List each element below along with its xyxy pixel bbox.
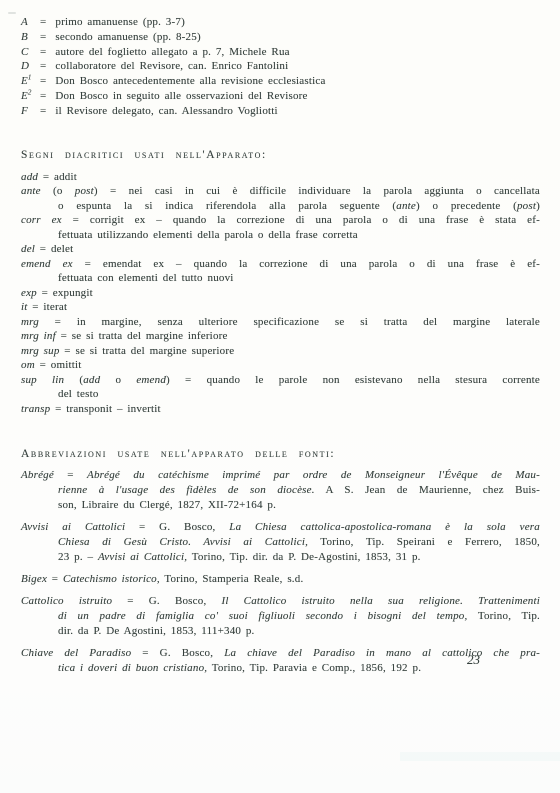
roman-text: = emendat ex – quando la correzione di u…: [73, 258, 540, 270]
roman-text: = G. Bosco,: [125, 521, 229, 533]
roman-text: = in margine, senza ulteriore specificaz…: [39, 316, 540, 328]
equals-sign: =: [40, 15, 46, 30]
diacritic-entry: exp = expungit: [21, 286, 540, 301]
diacritic-entry: mrg = in margine, senza ulteriore specif…: [21, 315, 540, 330]
italic-text: mrg: [21, 316, 39, 328]
italic-text: mrg sup: [21, 345, 60, 357]
diacritic-entry: om = omittit: [21, 358, 540, 373]
roman-text: = omittit: [35, 359, 82, 371]
abbreviation-entry: Bigex = Catechismo istorico, Torino, Sta…: [21, 572, 540, 587]
abbreviation-entry-line: rienne à l'usage des fidèles de son dioc…: [21, 483, 540, 498]
italic-text: post: [517, 200, 536, 212]
italic-text: di un padre di famiglia co' suoi figliuo…: [58, 610, 467, 622]
roman-text: = addit: [38, 171, 77, 183]
diacritic-entry-line: exp = expungit: [21, 286, 540, 301]
sigla-definition: autore del foglietto allegato a p. 7, Mi…: [55, 46, 289, 58]
diacritic-entry: corr ex = corrigit ex – quando la correz…: [21, 213, 540, 242]
abbreviation-entry: Abrégé = Abrégé du catéchisme imprimé pa…: [21, 468, 540, 513]
abbreviations-list: Abrégé = Abrégé du catéchisme imprimé pa…: [21, 468, 540, 676]
italic-text: Il Cattolico istruito nella sua religion…: [221, 595, 540, 607]
sigla-term: E2: [21, 89, 40, 104]
roman-text: 23 p. –: [58, 551, 98, 563]
italic-text: exp: [21, 287, 37, 299]
roman-text: = transponit – invertit: [50, 403, 160, 415]
diacritic-entry: sup lin (add o emend) = quando le parole…: [21, 373, 540, 402]
abbreviation-entry-line: Abrégé = Abrégé du catéchisme imprimé pa…: [21, 468, 540, 483]
sigla-term: B: [21, 30, 40, 45]
diacritic-entry-line: o espunta la si indica riferendola alla …: [21, 199, 540, 214]
diacritic-entry: add = addit: [21, 170, 540, 185]
italic-text: post: [75, 185, 94, 197]
abbreviation-entry: Chiave del Paradiso = G. Bosco, La chiav…: [21, 646, 540, 676]
italic-text: add: [21, 171, 38, 183]
italic-text: mrg inf: [21, 330, 56, 342]
abbreviation-entry-line: Cattolico istruito = G. Bosco, Il Cattol…: [21, 594, 540, 609]
italic-text: Cattolico istruito: [21, 595, 112, 607]
abbreviation-entry-line: Chiave del Paradiso = G. Bosco, La chiav…: [21, 646, 540, 661]
page-number: 23: [467, 652, 480, 668]
italic-text: tica i doveri di buon cristiano,: [58, 662, 207, 674]
roman-text: (o: [41, 185, 75, 197]
abbreviation-entry-line: tica i doveri di buon cristiano, Torino,…: [21, 661, 540, 676]
abbreviation-entry-line: 23 p. – Avvisi ai Cattolici, Torino, Tip…: [21, 550, 540, 565]
scan-artifact-dash: [8, 12, 16, 14]
roman-text: o: [100, 374, 136, 386]
book-page: A=primo amanuense (pp. 3-7)B=secondo ama…: [0, 0, 560, 793]
roman-text: Torino, Tip. dir. da P. De-Agostini, 185…: [187, 551, 420, 563]
abbreviation-entry-line: dir. da P. De Agostini, 1853, 111+340 p.: [21, 624, 540, 639]
abbreviation-entry-line: son, Libraire du Clergé, 1827, XII-72+16…: [21, 498, 540, 513]
sigla-term: A: [21, 15, 40, 30]
roman-text: = G. Bosco,: [131, 647, 224, 659]
equals-sign: =: [40, 104, 46, 119]
equals-sign: =: [40, 74, 46, 89]
italic-text: ante: [21, 185, 41, 197]
sigla-definition: primo amanuense (pp. 3-7): [55, 16, 185, 28]
italic-text: om: [21, 359, 35, 371]
diacritic-entry-line: emend ex = emendat ex – quando la correz…: [21, 257, 540, 272]
roman-text: fettuata utilizzando elementi della paro…: [58, 229, 358, 241]
roman-text: = G. Bosco,: [112, 595, 221, 607]
roman-text: ) o precedente (: [416, 200, 517, 212]
roman-text: Torino, Tip.: [467, 610, 540, 622]
equals-sign: =: [40, 30, 46, 45]
diacritic-entry-line: sup lin (add o emend) = quando le parole…: [21, 373, 540, 388]
diacritic-entry-line: fettuata utilizzando elementi della paro…: [21, 228, 540, 243]
sigla-term-superscript: 2: [28, 88, 32, 96]
roman-text: del testo: [58, 388, 99, 400]
diacritic-entry-line: add = addit: [21, 170, 540, 185]
diacritic-entry-line: ante (o post) = nei casi in cui è diffic…: [21, 184, 540, 199]
sigla-definition: Don Bosco in seguito alle osservazioni d…: [55, 90, 307, 102]
roman-text: Torino, Stamperia Reale, s.d.: [160, 573, 304, 585]
roman-text: dir. da P. De Agostini, 1853, 111+340 p.: [58, 625, 255, 637]
roman-text: Torino, Tip. Speirani e Ferrero, 1850,: [308, 536, 540, 548]
diacritic-entry-line: del = delet: [21, 242, 540, 257]
roman-text: = delet: [35, 243, 73, 255]
abbreviation-entry-line: Bigex = Catechismo istorico, Torino, Sta…: [21, 572, 540, 587]
diacritic-entry-line: del testo: [21, 387, 540, 402]
diacritic-entry-line: om = omittit: [21, 358, 540, 373]
italic-text: rienne à l'usage des fidèles de son dioc…: [58, 484, 315, 496]
sigla-definition: collaboratore del Revisore, can. Enrico …: [55, 60, 288, 72]
italic-text: Abrégé du catéchisme imprimé par ordre d…: [87, 469, 540, 481]
roman-text: = se si tratta del margine superiore: [60, 345, 235, 357]
sigla-list: A=primo amanuense (pp. 3-7)B=secondo ama…: [21, 15, 540, 119]
diacritic-entry: it = iterat: [21, 300, 540, 315]
roman-text: = se si tratta del margine inferiore: [56, 330, 228, 342]
sigla-term: E1: [21, 74, 40, 89]
sigla-term: D: [21, 59, 40, 74]
italic-text: ante: [396, 200, 416, 212]
roman-text: A S. Jean de Maurienne, chez Buis-: [315, 484, 540, 496]
diacritic-entry: ante (o post) = nei casi in cui è diffic…: [21, 184, 540, 213]
abbreviation-entry: Cattolico istruito = G. Bosco, Il Cattol…: [21, 594, 540, 639]
sigla-row: B=secondo amanuense (pp. 8-25): [21, 30, 540, 45]
roman-text: = expungit: [37, 287, 93, 299]
italic-text: corr ex: [21, 214, 62, 226]
diacritic-entry: emend ex = emendat ex – quando la correz…: [21, 257, 540, 286]
italic-text: Bigex: [21, 573, 47, 585]
sigla-row: D=collaboratore del Revisore, can. Enric…: [21, 59, 540, 74]
abbreviation-entry-line: di un padre di famiglia co' suoi figliuo…: [21, 609, 540, 624]
diacritics-list: add = additante (o post) = nei casi in c…: [21, 170, 540, 417]
roman-text: Torino, Tip. Paravia e Comp., 1856, 192 …: [207, 662, 421, 674]
diacritic-entry: mrg inf = se si tratta del margine infer…: [21, 329, 540, 344]
sigla-term-superscript: 1: [28, 74, 32, 82]
diacritic-entry-line: mrg = in margine, senza ulteriore specif…: [21, 315, 540, 330]
sigla-definition: il Revisore delegato, can. Alessandro Vo…: [55, 105, 277, 117]
italic-text: Avvisi ai Cattolici,: [98, 551, 187, 563]
roman-text: = iterat: [28, 301, 68, 313]
sigla-definition: Don Bosco antecedentemente alla revision…: [55, 75, 325, 87]
roman-text: (: [64, 374, 83, 386]
roman-text: fettuata con elementi del tutto nuovi: [58, 272, 234, 284]
page-content: A=primo amanuense (pp. 3-7)B=secondo ama…: [0, 0, 560, 676]
diacritics-heading: Segni diacritici usati nell'Apparato:: [21, 149, 540, 161]
abbreviation-entry: Avvisi ai Cattolici = G. Bosco, La Chies…: [21, 520, 540, 565]
abbreviation-entry-line: Avvisi ai Cattolici = G. Bosco, La Chies…: [21, 520, 540, 535]
diacritic-entry-line: corr ex = corrigit ex – quando la correz…: [21, 213, 540, 228]
roman-text: ): [536, 200, 540, 212]
sigla-row: C=autore del foglietto allegato a p. 7, …: [21, 45, 540, 60]
diacritic-entry-line: mrg inf = se si tratta del margine infer…: [21, 329, 540, 344]
equals-sign: =: [40, 45, 46, 60]
scan-artifact-band: [400, 752, 560, 761]
roman-text: ) = nei casi in cui è difficile individu…: [94, 185, 540, 197]
roman-text: ) = quando le parole non esistevano nell…: [166, 374, 540, 386]
sigla-row: E2=Don Bosco in seguito alle osservazion…: [21, 89, 540, 104]
sigla-definition: secondo amanuense (pp. 8-25): [55, 31, 200, 43]
italic-text: Avvisi ai Cattolici: [21, 521, 125, 533]
sigla-term: C: [21, 45, 40, 60]
italic-text: Abrégé: [21, 469, 54, 481]
equals-sign: =: [40, 59, 46, 74]
diacritic-entry: del = delet: [21, 242, 540, 257]
roman-text: = corrigit ex – quando la correzione di …: [62, 214, 540, 226]
equals-sign: =: [40, 89, 46, 104]
diacritic-entry: transp = transponit – invertit: [21, 402, 540, 417]
diacritic-entry-line: it = iterat: [21, 300, 540, 315]
italic-text: add: [83, 374, 100, 386]
italic-text: La chiave del Paradiso in mano al cattol…: [224, 647, 540, 659]
italic-text: sup lin: [21, 374, 64, 386]
sigla-row: F=il Revisore delegato, can. Alessandro …: [21, 104, 540, 119]
abbreviations-heading: Abbreviazioni usate nell'apparato delle …: [21, 448, 540, 460]
italic-text: Catechismo istorico,: [63, 573, 160, 585]
italic-text: emend ex: [21, 258, 73, 270]
sigla-term: F: [21, 104, 40, 119]
diacritic-entry-line: mrg sup = se si tratta del margine super…: [21, 344, 540, 359]
roman-text: =: [47, 573, 63, 585]
diacritic-entry: mrg sup = se si tratta del margine super…: [21, 344, 540, 359]
italic-text: del: [21, 243, 35, 255]
italic-text: Chiesa di Gesù Cristo. Avvisi ai Cattoli…: [58, 536, 308, 548]
italic-text: emend: [136, 374, 166, 386]
sigla-row: A=primo amanuense (pp. 3-7): [21, 15, 540, 30]
italic-text: Chiave del Paradiso: [21, 647, 131, 659]
roman-text: o espunta la si indica riferendola alla …: [58, 200, 396, 212]
roman-text: son, Libraire du Clergé, 1827, XII-72+16…: [58, 499, 276, 511]
italic-text: La Chiesa cattolica-apostolica-romana è …: [229, 521, 540, 533]
italic-text: transp: [21, 403, 50, 415]
sigla-row: E1=Don Bosco antecedentemente alla revis…: [21, 74, 540, 89]
roman-text: =: [54, 469, 87, 481]
abbreviation-entry-line: Chiesa di Gesù Cristo. Avvisi ai Cattoli…: [21, 535, 540, 550]
diacritic-entry-line: fettuata con elementi del tutto nuovi: [21, 271, 540, 286]
diacritic-entry-line: transp = transponit – invertit: [21, 402, 540, 417]
